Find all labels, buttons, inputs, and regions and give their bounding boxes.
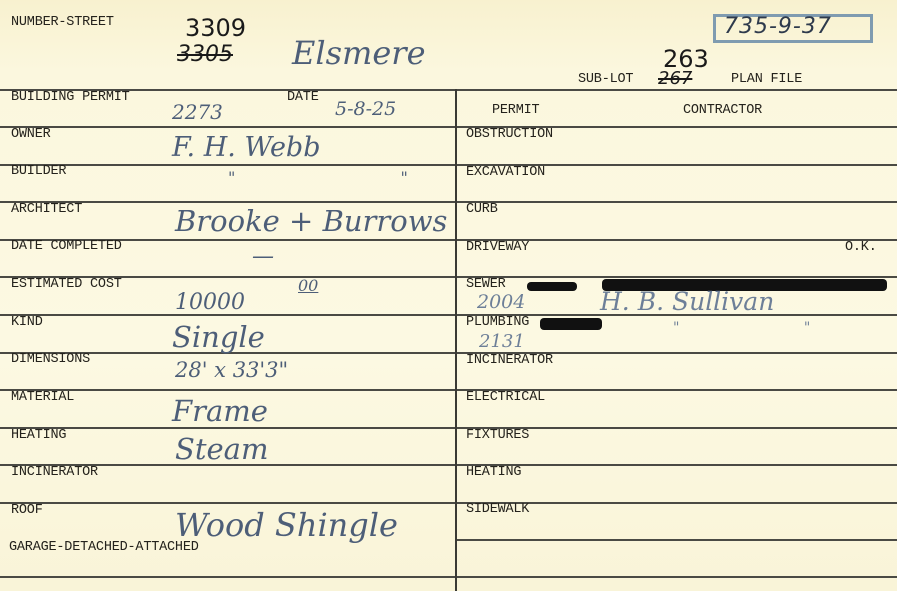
number-street-label: NUMBER-STREET (11, 15, 114, 30)
heating-permit-label: HEATING (466, 465, 521, 480)
owner-value: F. H. Webb (172, 132, 321, 163)
dimensions-label: DIMENSIONS (11, 352, 90, 367)
owner-label: OWNER (11, 127, 51, 142)
sewer-label: SEWER (466, 277, 506, 292)
heating-value: Steam (175, 432, 268, 466)
plumbing-label: PLUMBING (466, 315, 529, 330)
sub-lot-label: SUB-LOT (578, 72, 633, 87)
material-value: Frame (172, 394, 268, 428)
driveway-status: O.K. (845, 240, 877, 255)
builder-label: BUILDER (11, 164, 66, 179)
date-value: 5-8-25 (335, 98, 396, 120)
kind-value: Single (172, 320, 265, 354)
permit-column-header: PERMIT (492, 103, 539, 118)
plumbing-permit-number: 2131 (479, 331, 525, 352)
file-number: 735-9-37 (724, 14, 832, 39)
sewer-permit-number: 2004 (477, 291, 525, 313)
street-name: Elsmere (292, 34, 426, 72)
sewer-redaction (527, 282, 577, 291)
building-permit-label: BUILDING PERMIT (11, 90, 130, 105)
roof-label: ROOF (11, 503, 43, 518)
date-completed-label: DATE COMPLETED (11, 239, 122, 254)
estimated-cost-cents: 00 (298, 276, 318, 295)
street-number-current: 3309 (185, 14, 246, 42)
plumbing-redaction (540, 318, 602, 330)
building-permit-value: 2273 (172, 100, 223, 124)
incinerator-permit-label: INCINERATOR (466, 353, 553, 368)
sidewalk-label: SIDEWALK (466, 502, 529, 517)
street-number-crossed: 3305 (177, 42, 233, 67)
architect-value: Brooke + Burrows (175, 204, 447, 238)
roof-value: Wood Shingle (175, 506, 398, 544)
plan-file-label: PLAN FILE (731, 72, 802, 87)
curb-label: CURB (466, 202, 498, 217)
estimated-cost-label: ESTIMATED COST (11, 277, 122, 292)
material-label: MATERIAL (11, 390, 74, 405)
driveway-label: DRIVEWAY (466, 240, 529, 255)
incinerator-label: INCINERATOR (11, 465, 98, 480)
heating-label: HEATING (11, 428, 66, 443)
electrical-label: ELECTRICAL (466, 390, 545, 405)
estimated-cost-value: 10000 (175, 290, 245, 315)
kind-label: KIND (11, 315, 43, 330)
date-completed-value: — (252, 244, 274, 269)
sub-lot-crossed: 267 (658, 68, 692, 89)
garage-label: GARAGE-DETACHED-ATTACHED (9, 540, 199, 555)
excavation-label: EXCAVATION (466, 165, 545, 180)
building-permit-card: NUMBER-STREET 3309 3305 Elsmere 735-9-37… (0, 0, 897, 591)
builder-value: " " (228, 168, 488, 187)
obstruction-label: OBSTRUCTION (466, 127, 553, 142)
sewer-contractor: H. B. Sullivan (600, 287, 774, 316)
contractor-column-header: CONTRACTOR (683, 103, 762, 118)
plumbing-contractor: " " (673, 320, 870, 336)
dimensions-value: 28' x 33'3" (175, 358, 288, 382)
architect-label: ARCHITECT (11, 202, 82, 217)
fixtures-label: FIXTURES (466, 428, 529, 443)
file-number-stamp: 735-9-37 (713, 14, 873, 43)
date-label: DATE (287, 90, 319, 105)
